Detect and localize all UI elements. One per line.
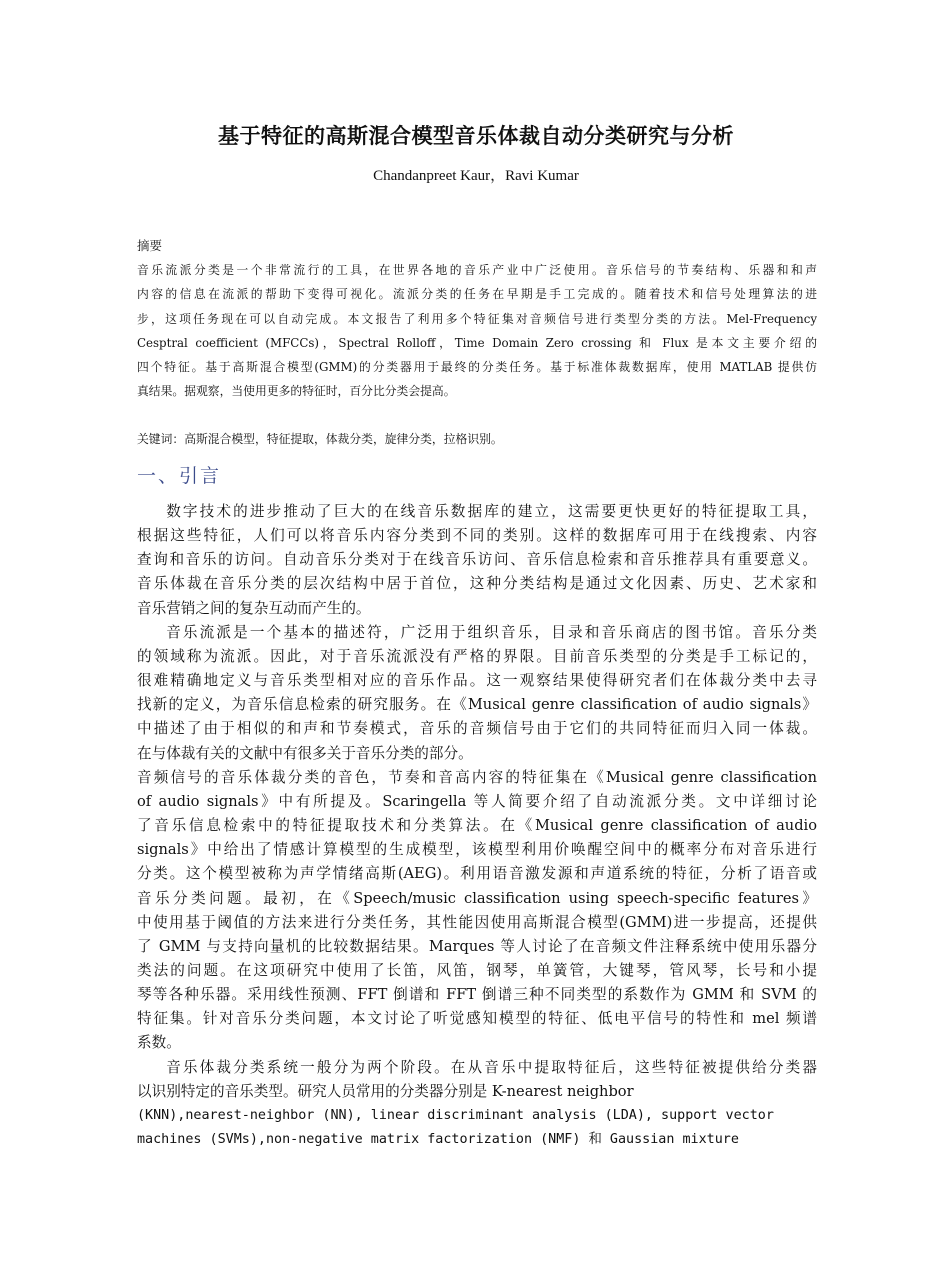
abstract-line: Cesptral coefficient (MFCCs)，Spectral Ro… (137, 331, 817, 355)
abstract-line: 内容的信息在流派的帮助下变得可视化。流派分类的任务在早期是手工完成的。随着技术和… (137, 282, 817, 306)
document-page: 基于特征的高斯混合模型音乐体裁自动分类研究与分析 Chandanpreet Ka… (0, 0, 952, 1277)
paragraph-line: 的领域称为流派。因此，对于音乐流派没有严格的界限。目前音乐类型的分类是手工标记的… (137, 645, 817, 669)
paragraph-line: 查询和音乐的访问。自动音乐分类对于在线音乐访问、音乐信息检索和音乐推荐具有重要意… (137, 548, 817, 572)
abstract-line: 音乐流派分类是一个非常流行的工具，在世界各地的音乐产业中广泛使用。音乐信号的节奏… (137, 258, 817, 282)
abstract-line: 步，这项任务现在可以自动完成。本文报告了利用多个特征集对音频信号进行类型分类的方… (137, 307, 817, 331)
paragraph-line: 音频信号的音乐体裁分类的音色，节奏和音高内容的特征集在《Musical genr… (137, 766, 817, 790)
paragraph-line: of audio signals》中有所提及。Scaringella 等人简要介… (137, 790, 817, 814)
paragraph-line: 音乐体裁分类系统一般分为两个阶段。在从音乐中提取特征后，这些特征被提供给分类器 (137, 1056, 817, 1080)
paragraph-line: 分类。这个模型被称为声学情绪高斯(AEG)。利用语音激发源和声道系统的特征，分析… (137, 862, 817, 886)
paragraph-line: 了 GMM 与支持向量机的比较数据结果。Marques 等人讨论了在音频文件注释… (137, 935, 817, 959)
paragraph-line: 很难精确地定义与音乐类型相对应的音乐作品。这一观察结果使得研究者们在体裁分类中去… (137, 669, 817, 693)
section-heading-introduction: 一、引言 (137, 461, 817, 488)
paragraph-line: 了音乐信息检索中的特征提取技术和分类算法。在《Musical genre cla… (137, 814, 817, 838)
paper-title: 基于特征的高斯混合模型音乐体裁自动分类研究与分析 (0, 120, 952, 150)
paragraph-line: 音乐分类问题。最初，在《Speech/music classification … (137, 887, 817, 911)
paragraph-line: 找新的定义，为音乐信息检索的研究服务。在《Musical genre class… (137, 693, 817, 717)
paragraph-line: 中描述了由于相似的和声和节奏模式，音乐的音频信号由于它们的共同特征而归入同一体裁… (137, 717, 817, 741)
paragraph-line: 音乐体裁在音乐分类的层次结构中居于首位，这种分类结构是通过文化因素、历史、艺术家… (137, 572, 817, 596)
abstract-label: 摘要 (137, 236, 817, 254)
paragraph-line: 在与体裁有关的文献中有很多关于音乐分类的部分。 (137, 742, 817, 766)
paragraph-line: 系数。 (137, 1031, 817, 1055)
paragraph-line: (KNN),nearest-neighbor (NN), linear disc… (137, 1104, 817, 1128)
paragraph-line: signals》中给出了情感计算模型的生成模型，该模型利用价唤醒空间中的概率分布… (137, 838, 817, 862)
paragraph-line: 音乐流派是一个基本的描述符，广泛用于组织音乐，目录和音乐商店的图书馆。音乐分类 (137, 621, 817, 645)
paragraph-line: 根据这些特征，人们可以将音乐内容分类到不同的类别。这样的数据库可用于在线搜索、内… (137, 524, 817, 548)
abstract-line: 四个特征。基于高斯混合模型(GMM)的分类器用于最终的分类任务。基于标准体裁数据… (137, 355, 817, 379)
paragraph-line: 类法的问题。在这项研究中使用了长笛，风笛，钢琴，单簧管，大键琴，管风琴，长号和小… (137, 959, 817, 983)
paragraph-line: 以识别特定的音乐类型。研究人员常用的分类器分别是 K-nearest neigh… (137, 1080, 817, 1104)
paragraph-line: 音乐营销之间的复杂互动而产生的。 (137, 597, 817, 621)
introduction-body: 数字技术的进步推动了巨大的在线音乐数据库的建立，这需要更快更好的特征提取工具， … (137, 500, 817, 1152)
abstract-line: 真结果。据观察，当使用更多的特征时，百分比分类会提高。 (137, 379, 817, 403)
paragraph-line: 数字技术的进步推动了巨大的在线音乐数据库的建立，这需要更快更好的特征提取工具， (137, 500, 817, 524)
paragraph-line: machines (SVMs),non-negative matrix fact… (137, 1128, 817, 1152)
paragraph-line: 中使用基于阈值的方法来进行分类任务，其性能因使用高斯混合模型(GMM)进一步提高… (137, 911, 817, 935)
paragraph-line: 特征集。针对音乐分类问题，本文讨论了听觉感知模型的特征、低电平信号的特性和 me… (137, 1007, 817, 1031)
abstract-text: 音乐流派分类是一个非常流行的工具，在世界各地的音乐产业中广泛使用。音乐信号的节奏… (137, 258, 817, 404)
paper-authors: Chandanpreet Kaur，Ravi Kumar (0, 164, 952, 185)
keywords: 关键词：高斯混合模型，特征提取，体裁分类，旋律分类，拉格识别。 (137, 430, 817, 447)
paragraph-line: 琴等各种乐器。采用线性预测、FFT 倒谱和 FFT 倒谱三种不同类型的系数作为 … (137, 983, 817, 1007)
